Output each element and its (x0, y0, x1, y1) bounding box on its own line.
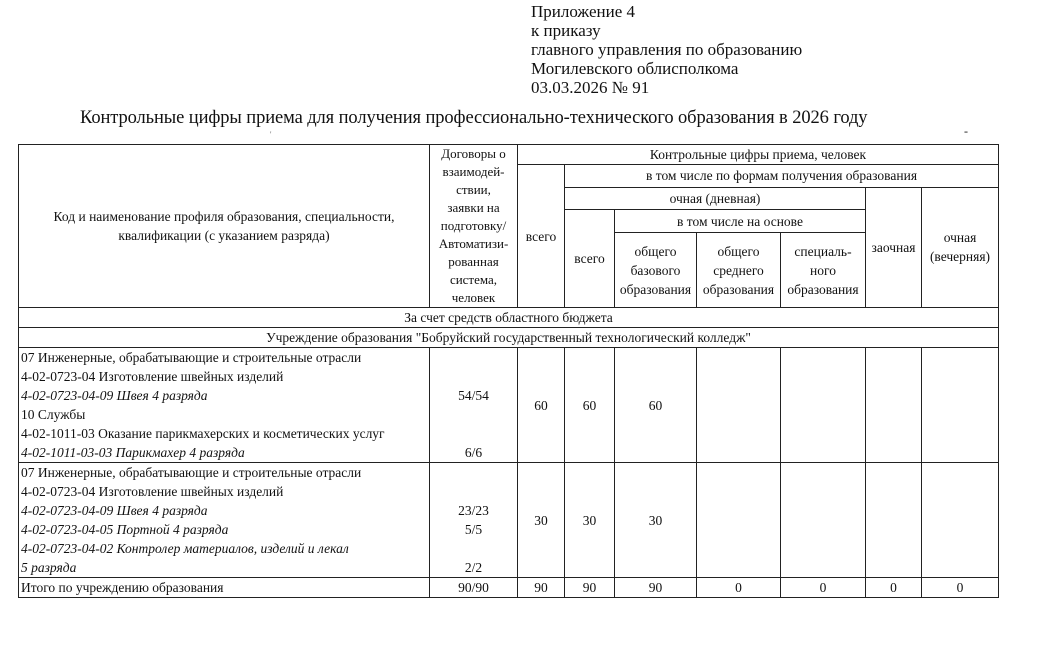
total-correspondence: 0 (866, 578, 922, 598)
cell-basic: 30 (615, 463, 697, 578)
profile-line: 07 Инженерные, обрабатывающие и строител… (21, 348, 427, 367)
total-row: Итого по учреждению образования 90/90 90… (19, 578, 999, 598)
qualification-line: 4-02-0723-04-05 Портной 4 разряда (21, 520, 427, 539)
contracts-values: 54/54 6/6 (430, 348, 518, 463)
cell-total: 30 (518, 463, 565, 578)
document-title: Контрольные цифры приема для получения п… (80, 108, 867, 129)
profile-line: 10 Службы (21, 405, 427, 424)
header-total: всего (518, 165, 565, 308)
header-by-forms: в том числе по формам получения образова… (565, 165, 999, 188)
profile-line: 07 Инженерные, обрабатывающие и строител… (21, 463, 427, 482)
scan-mark: ' (270, 130, 271, 139)
cell-correspondence (866, 463, 922, 578)
qualification-line: 4-02-0723-04-02 Контролер материалов, из… (21, 539, 427, 558)
profile-line: 4-02-1011-03 Оказание парикмахерских и к… (21, 424, 427, 443)
appendix-line: к приказу (531, 21, 802, 40)
appendix-line: главного управления по образованию (531, 40, 802, 59)
profile-line: 4-02-0723-04 Изготовление швейных издели… (21, 482, 427, 501)
profile-line: 4-02-0723-04 Изготовление швейных издели… (21, 367, 427, 386)
profile-list: 07 Инженерные, обрабатывающие и строител… (19, 348, 430, 463)
total-special: 0 (781, 578, 866, 598)
header-based-on: в том числе на основе (615, 210, 866, 233)
header-daytime: очная (дневная) (565, 187, 866, 210)
total-contracts: 90/90 (430, 578, 518, 598)
appendix-line: Могилевского облисполкома (531, 59, 802, 78)
total-evening: 0 (922, 578, 999, 598)
qualification-line: 4-02-0723-04-09 Швея 4 разряда (21, 501, 427, 520)
qualification-line: 4-02-1011-03-03 Парикмахер 4 разряда (21, 443, 427, 462)
cell-special (781, 348, 866, 463)
funding-band: За счет средств областного бюджета (19, 308, 999, 328)
header-secondary: общего среднего образования (697, 233, 781, 308)
contracts-values: 23/23 5/5 2/2 (430, 463, 518, 578)
table-row: 07 Инженерные, обрабатывающие и строител… (19, 348, 999, 463)
total-basic: 90 (615, 578, 697, 598)
admission-table: Код и наименование профиля образования, … (18, 144, 999, 598)
table-row: 07 Инженерные, обрабатывающие и строител… (19, 463, 999, 578)
header-correspondence: заочная (866, 187, 922, 307)
header-evening: очная (вечерняя) (922, 187, 999, 307)
cell-daytime-total: 30 (565, 463, 615, 578)
header-daytime-total: всего (565, 210, 615, 308)
total-secondary: 0 (697, 578, 781, 598)
scan-mark: - (964, 124, 968, 139)
cell-secondary (697, 348, 781, 463)
qualification-line: 4-02-0723-04-09 Швея 4 разряда (21, 386, 427, 405)
total-label: Итого по учреждению образования (19, 578, 430, 598)
cell-evening (922, 348, 999, 463)
appendix-block: Приложение 4 к приказу главного управлен… (531, 2, 802, 97)
header-name: Код и наименование профиля образования, … (19, 145, 430, 308)
qualification-line: 5 разряда (21, 558, 427, 577)
cell-evening (922, 463, 999, 578)
total-daytime-total: 90 (565, 578, 615, 598)
cell-total: 60 (518, 348, 565, 463)
header-contracts: Договоры о взаимодей- ствии, заявки на п… (430, 145, 518, 308)
profile-list: 07 Инженерные, обрабатывающие и строител… (19, 463, 430, 578)
cell-secondary (697, 463, 781, 578)
appendix-date: 03.03.2026 № 91 (531, 78, 802, 97)
cell-special (781, 463, 866, 578)
header-special: специаль- ного образования (781, 233, 866, 308)
cell-daytime-total: 60 (565, 348, 615, 463)
header-basic: общего базового образования (615, 233, 697, 308)
institution-band: Учреждение образования "Бобруйский госуд… (19, 328, 999, 348)
header-control-figures: Контрольные цифры приема, человек (518, 145, 999, 165)
cell-correspondence (866, 348, 922, 463)
appendix-line: Приложение 4 (531, 2, 802, 21)
total-total: 90 (518, 578, 565, 598)
cell-basic: 60 (615, 348, 697, 463)
